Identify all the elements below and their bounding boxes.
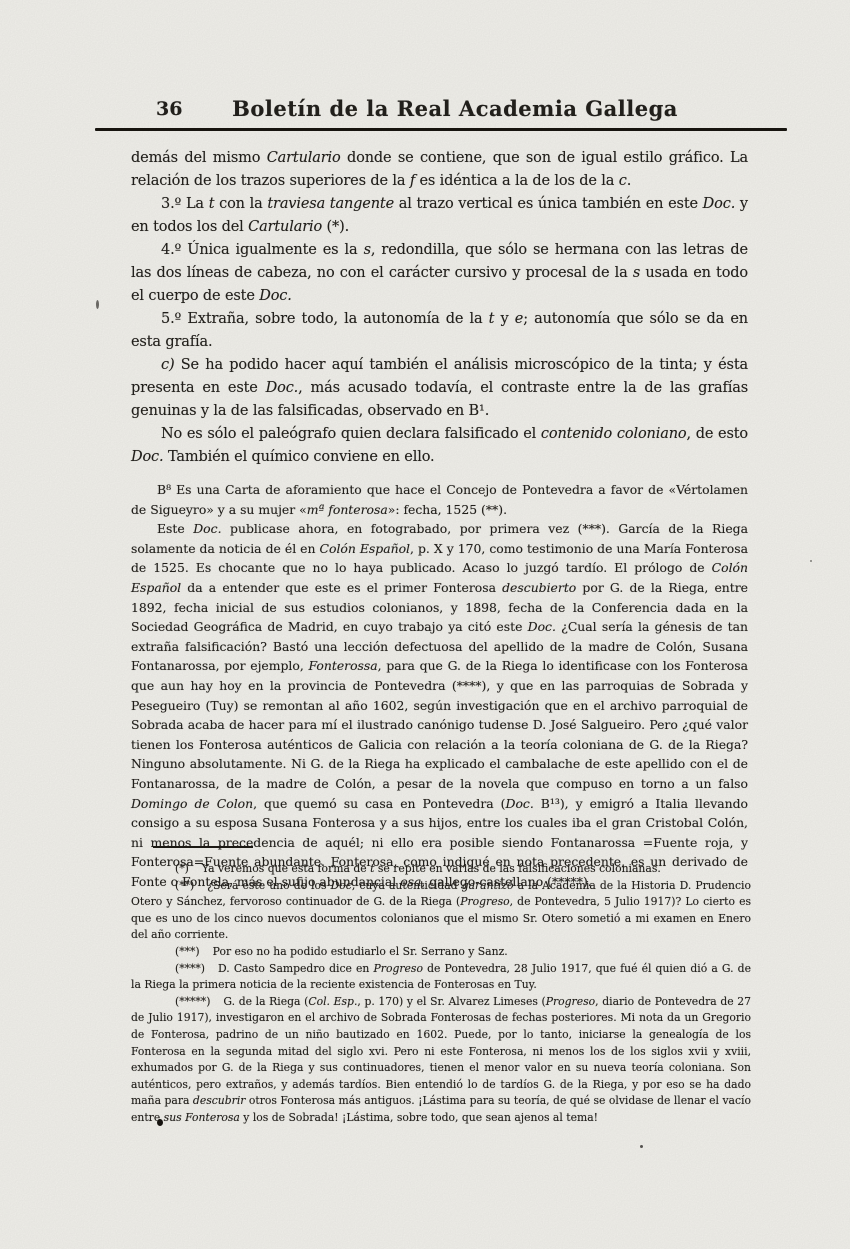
ink-speck xyxy=(640,1145,643,1148)
b8-note-section: B⁸ Es una Carta de aforamiento que hace … xyxy=(131,480,748,891)
footnote-text: D. Casto Sampedro dice en Progreso de Po… xyxy=(131,962,751,992)
body-paragraph: No es sólo el paleógrafo quien declara f… xyxy=(131,423,748,469)
scanned-journal-page: 36 Boletín de la Real Academia Gallega d… xyxy=(0,0,850,1249)
b8-note-paragraph: Este Doc. publicase ahora, en fotograbad… xyxy=(131,519,748,891)
ink-speck xyxy=(157,1119,163,1126)
main-text-column: demás del mismo Cartulario donde se cont… xyxy=(131,147,748,891)
footnote: (*)Ya veremos que esta forma de t se rep… xyxy=(131,861,751,878)
header-rule xyxy=(95,128,787,131)
body-paragraph: 5.º Extraña, sobre todo, la autonomía de… xyxy=(131,308,748,354)
b8-note-paragraph: B⁸ Es una Carta de aforamiento que hace … xyxy=(131,480,748,519)
footnote: (*****)G. de la Riega (Col. Esp., p. 170… xyxy=(131,994,751,1127)
footnote-marker: (*) xyxy=(175,862,189,875)
footnote-marker: (*****) xyxy=(175,995,210,1008)
footnote: (***)Por eso no ha podido estudiarlo el … xyxy=(131,944,751,961)
ink-speck xyxy=(810,560,812,562)
ink-speck xyxy=(96,300,99,309)
footnotes-block: (*)Ya veremos que esta forma de t se rep… xyxy=(131,861,751,1127)
footnote-text: ¿Será éste uno de los Doc, cuya autentic… xyxy=(131,879,751,942)
footnote-text: Por eso no ha podido estudiarlo el Sr. S… xyxy=(213,945,508,958)
footnote-marker: (**) xyxy=(175,879,194,892)
body-paragraph: demás del mismo Cartulario donde se cont… xyxy=(131,147,748,193)
body-paragraph: 4.º Única igualmente es la s, redondilla… xyxy=(131,239,748,308)
body-paragraph: c) Se ha podido hacer aquí también el an… xyxy=(131,354,748,423)
footnote-marker: (***) xyxy=(175,945,200,958)
footnote-marker: (****) xyxy=(175,962,205,975)
body-paragraph: 3.º La t con la traviesa tangente al tra… xyxy=(131,193,748,239)
footnote: (****)D. Casto Sampedro dice en Progreso… xyxy=(131,961,751,994)
footnote-text: G. de la Riega (Col. Esp., p. 170) y el … xyxy=(131,995,751,1124)
journal-title: Boletín de la Real Academia Gallega xyxy=(140,96,770,121)
footnote-rule xyxy=(153,846,253,848)
footnote-text: Ya veremos que esta forma de t se repite… xyxy=(202,862,661,875)
footnote: (**)¿Será éste uno de los Doc, cuya aute… xyxy=(131,878,751,944)
